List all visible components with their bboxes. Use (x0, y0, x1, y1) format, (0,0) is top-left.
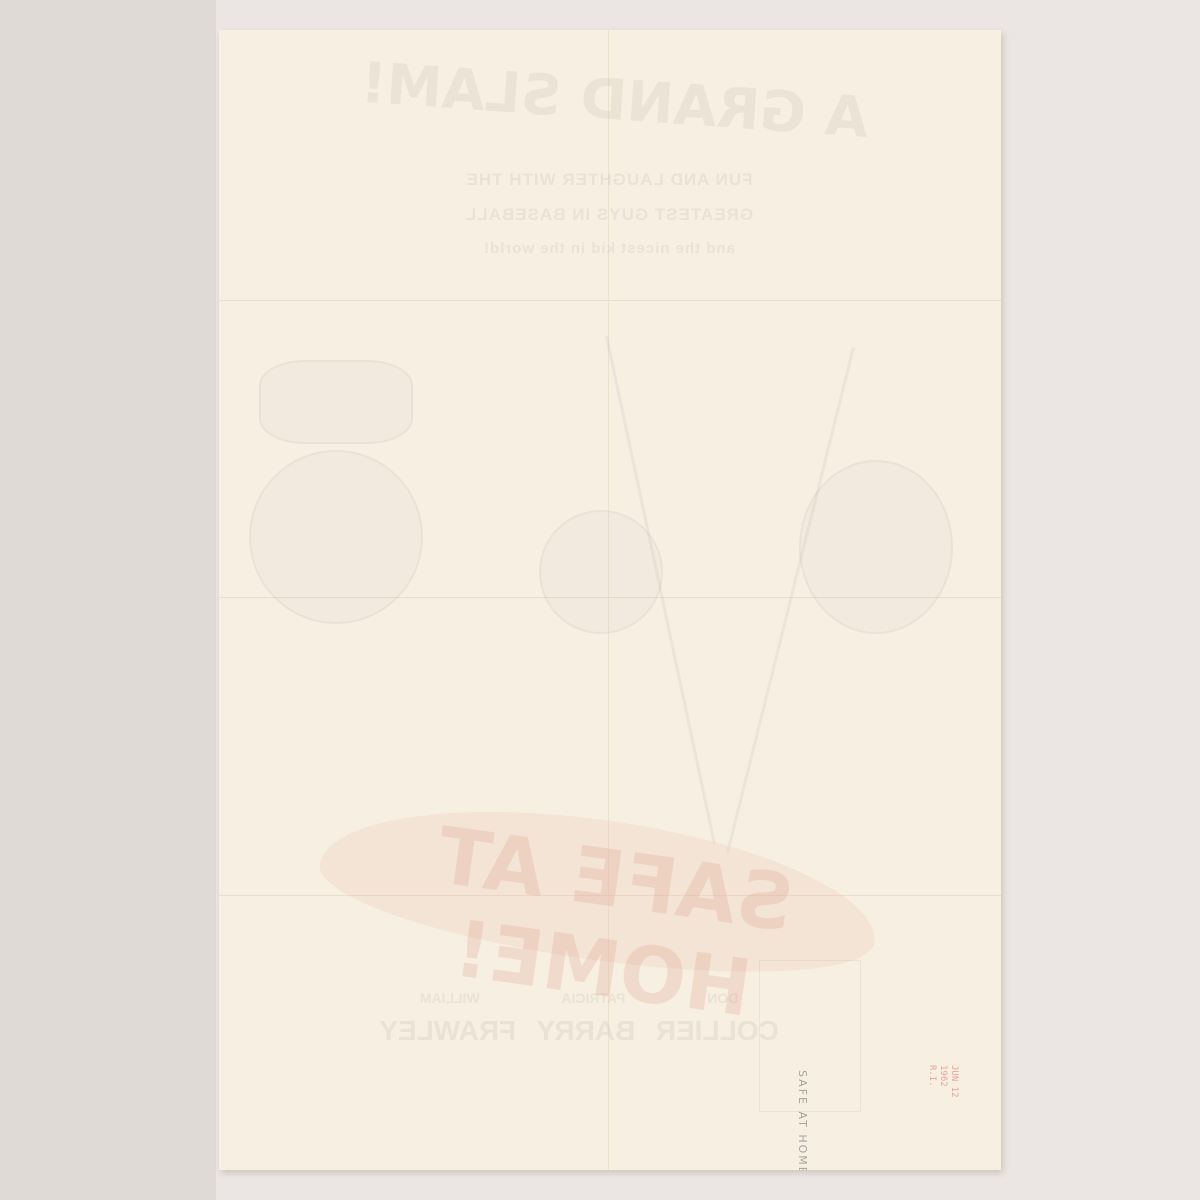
show-through-figure (249, 450, 423, 624)
show-through-figure (259, 360, 413, 444)
cast-label: DON (707, 990, 738, 1006)
show-through-figure (799, 460, 953, 634)
backdrop-left-panel (0, 0, 216, 1200)
show-through-cast-labels: DON PATRICIA WILLIAM (379, 990, 779, 1006)
poster-back: A GRAND SLAM! FUN AND LAUGHTER WITH THE … (219, 30, 1001, 1170)
show-through-tagline: GREATEST GUYS IN BASEBALL (429, 205, 789, 225)
pencil-annotation: SAFE AT HOME (796, 1070, 809, 1170)
show-through-rating-box (759, 960, 861, 1112)
cast-name: FRAWLEY (379, 1015, 516, 1047)
show-through-headline: A GRAND SLAM! (407, 54, 870, 151)
stamp-line: R.I. (926, 1065, 937, 1107)
show-through-tagline: and the nicest kid in the world! (409, 240, 809, 257)
cast-name: BARRY (537, 1015, 636, 1047)
show-through-figure (539, 510, 663, 634)
stamp-line: JUN 12 1962 (937, 1065, 959, 1107)
cast-label: WILLIAM (420, 990, 480, 1006)
cast-label: PATRICIA (561, 990, 625, 1006)
date-stamp: JUN 12 1962 R.I. (926, 1065, 959, 1107)
fold-line-horizontal (219, 300, 1001, 302)
show-through-tagline: FUN AND LAUGHTER WITH THE (429, 170, 789, 190)
show-through-cast-names: COLLIER BARRY FRAWLEY (369, 1015, 789, 1047)
